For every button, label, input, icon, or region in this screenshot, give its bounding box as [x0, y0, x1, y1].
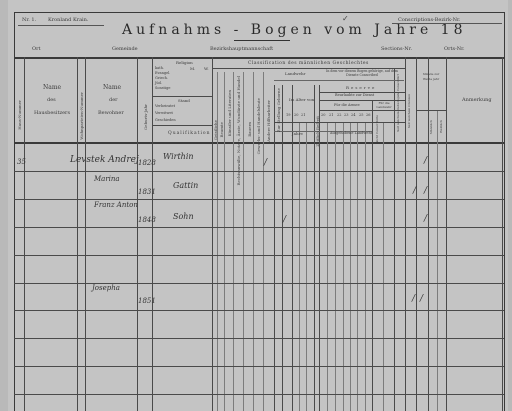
landwehr-age: 19	[286, 113, 290, 117]
header-sub-line	[152, 125, 212, 126]
col-line	[282, 85, 283, 411]
seit-conscribed-header: Seit welchem Geburtsjahr Conscribirt	[396, 74, 400, 132]
form-number: Nr. 1.	[22, 17, 36, 23]
year-checkmark: ✓	[342, 14, 349, 23]
col-line	[85, 57, 86, 411]
row-1-bewohner: Levstek Andrej	[70, 155, 139, 165]
stellung-header: Zur Stellung Geborne	[276, 88, 281, 132]
zeitlich-befreit-header: Zeitlich Befreit	[315, 116, 320, 147]
sub-line	[357, 122, 358, 411]
col-line	[502, 57, 503, 411]
class-col-header: Beamte	[219, 122, 224, 137]
bezirkshauptmannschaft-label: Bezirkshauptmannschaft	[210, 46, 273, 52]
district-underline	[392, 23, 502, 24]
row-line	[14, 394, 504, 395]
col-line	[152, 57, 153, 411]
class-col-header: Bauern	[247, 122, 252, 137]
wohnparteien-header: Wohnparteien-Nummer	[79, 92, 84, 140]
row-line	[14, 227, 504, 228]
row-5-col39-mark: /	[412, 294, 415, 304]
row-3-geburts-jahr: 1848	[138, 216, 156, 224]
title-underline	[234, 40, 290, 41]
header-sub-line	[274, 122, 405, 123]
header-sub-line	[152, 96, 212, 97]
staende-m-header: Männlich	[429, 120, 433, 134]
row-1-geburts-jahr: 1828	[138, 159, 156, 167]
staende-header: Stände zur Weide jahr	[418, 72, 444, 82]
sub-line	[263, 72, 264, 411]
landwehr-sub: Im Alter von	[289, 97, 314, 102]
orts-nr-label: Orts-Nr.	[444, 46, 465, 52]
armee-age: 20	[321, 113, 325, 117]
class-col-header: Geistliche	[213, 120, 218, 140]
sub-line	[343, 122, 344, 411]
armee-age: 22	[337, 113, 341, 117]
religion-w: W.	[204, 66, 209, 71]
row-line	[14, 338, 504, 339]
hausbesitzer-header-l2: des	[47, 97, 56, 103]
sub-line	[327, 122, 328, 411]
col-line	[394, 68, 395, 411]
row-2-bewohner: Marina	[94, 175, 120, 183]
landwehr-age: 20	[294, 113, 298, 117]
row-5-geburts-jahr: 1851	[138, 297, 156, 305]
row-2-qualifikation: Gattin	[173, 181, 198, 190]
sub-line	[243, 72, 244, 411]
row-3-class-mark: /	[283, 215, 286, 225]
religion-row: Evangel.	[155, 71, 170, 75]
sub-line	[365, 122, 366, 411]
zustaendigkeit-header: In dem vor diesem Bogen gehörige, auf de…	[322, 69, 402, 77]
religion-m: M.	[190, 66, 195, 71]
row-line	[14, 366, 504, 367]
crownland-underline	[18, 25, 104, 26]
row-1-qualifikation: Wirthin	[163, 152, 194, 161]
armee-age: 24	[351, 113, 355, 117]
class-col-header: Künstler und Literaten	[227, 90, 232, 136]
classification-header: Classification des männlichen Geschlecht…	[248, 61, 369, 66]
census-form-page: Nr. 1. Kronland Krain. Aufnahms - Bogen …	[8, 0, 508, 411]
col-line	[446, 57, 447, 411]
row-5-col40-mark: /	[420, 294, 423, 304]
sections-nr-label: Sections-Nr.	[381, 46, 412, 52]
religion-row: Sonstige	[155, 86, 170, 90]
col-line	[77, 57, 78, 411]
anmerkung-header: Anmerkung	[462, 97, 492, 103]
stand-row: Verwitwet	[155, 111, 173, 115]
row-3-col40-mark: /	[424, 214, 427, 224]
row-line	[14, 310, 504, 311]
landwehr-jahre: Jahre	[292, 131, 303, 136]
row-1-col40-mark: /	[424, 156, 427, 166]
bewohner-header-l1: Name	[103, 84, 121, 91]
stand-row: Geschieden	[155, 118, 176, 122]
row-2-col39-mark: /	[413, 186, 416, 196]
reserve-header: Reserve	[346, 85, 376, 90]
sub-line	[335, 122, 336, 411]
fur-die-armee-header: Für die Armee	[334, 103, 360, 107]
sub-line	[350, 122, 351, 411]
crownland: Kronland Krain.	[48, 17, 88, 23]
col-line	[405, 57, 406, 411]
geburts-jahr-header: Geburts-Jahr	[143, 104, 148, 130]
row-line	[14, 171, 504, 172]
stand-row: Verheiratet	[155, 104, 175, 108]
col-line	[137, 57, 138, 411]
sub-line	[224, 72, 225, 411]
header-sub-line	[416, 110, 446, 111]
religion-header: Religion	[176, 60, 193, 65]
sub-line	[299, 122, 300, 411]
bewohner-header-l3: Bewohner	[98, 110, 124, 116]
class-col-header: Andere Hilfsarbeiter	[266, 100, 271, 142]
religion-row: Jüd.	[155, 81, 162, 85]
class-col-header: Rechtsanwälte, Notare, Ärzte, Wundärzte …	[236, 76, 241, 186]
beurlaubte-header: Beurlaubte zur Dienst	[335, 93, 374, 97]
qualifikation-header: Qualifikation	[168, 131, 211, 136]
header-sub-line	[274, 80, 404, 81]
row-1-class-mark: /	[264, 158, 267, 168]
nicht-conscribed-header: Nicht Conscribirte	[375, 115, 379, 143]
row-2-geburts-jahr: 1831	[138, 188, 156, 196]
col-line	[24, 57, 25, 411]
hausbesitzer-header-l3: Hausbesitzers	[34, 110, 70, 116]
staende-w-header: Weiblich	[439, 120, 443, 133]
fur-die-landwehr-header: Für die Landwehr	[374, 101, 394, 109]
row-3-qualifikation: Sohn	[173, 212, 194, 221]
haus-nummer-header: Haus-Nummer	[17, 100, 22, 130]
row-line	[14, 199, 504, 200]
gemeinde-label: Gemeinde	[112, 46, 138, 52]
header-sub-line	[319, 110, 405, 111]
row-3-bewohner: Franz Anton	[94, 201, 138, 209]
row-line	[14, 283, 504, 284]
sub-line	[383, 122, 384, 411]
ausgehobene-header: Aufgehobene Landwehr	[330, 131, 372, 135]
row-line	[14, 255, 504, 256]
page-title: Aufnahms - Bogen vom Jahre 18	[122, 22, 467, 38]
class-col-header: Gewerbs- und Handelsleute	[256, 98, 261, 154]
col-line	[212, 57, 213, 411]
sub-line	[233, 72, 234, 411]
row-2-col40-mark: /	[424, 186, 427, 196]
sub-line	[253, 72, 254, 411]
row-5-bewohner: Josepha	[92, 284, 120, 292]
seit-grenzen-header: Seit welchem Grenzen	[407, 94, 411, 128]
armee-age: 26	[366, 113, 370, 117]
religion-row: Griech.	[155, 76, 168, 80]
row-1-haus-nr: 35	[17, 158, 26, 166]
armee-age: 21	[329, 113, 333, 117]
col-line	[274, 85, 275, 411]
religion-row: kath.	[155, 66, 164, 70]
hausbesitzer-header-l1: Name	[43, 84, 61, 91]
armee-age: 25	[359, 113, 363, 117]
ort-label: Ort	[32, 46, 41, 52]
sub-line	[306, 122, 307, 411]
landwehr-header: Landwehr	[285, 71, 305, 76]
table-top-line	[14, 57, 504, 59]
stand-header: Stand	[178, 98, 190, 103]
armee-age: 23	[344, 113, 348, 117]
landwehr-age: 21	[301, 113, 305, 117]
bewohner-header-l2: der	[109, 97, 118, 103]
